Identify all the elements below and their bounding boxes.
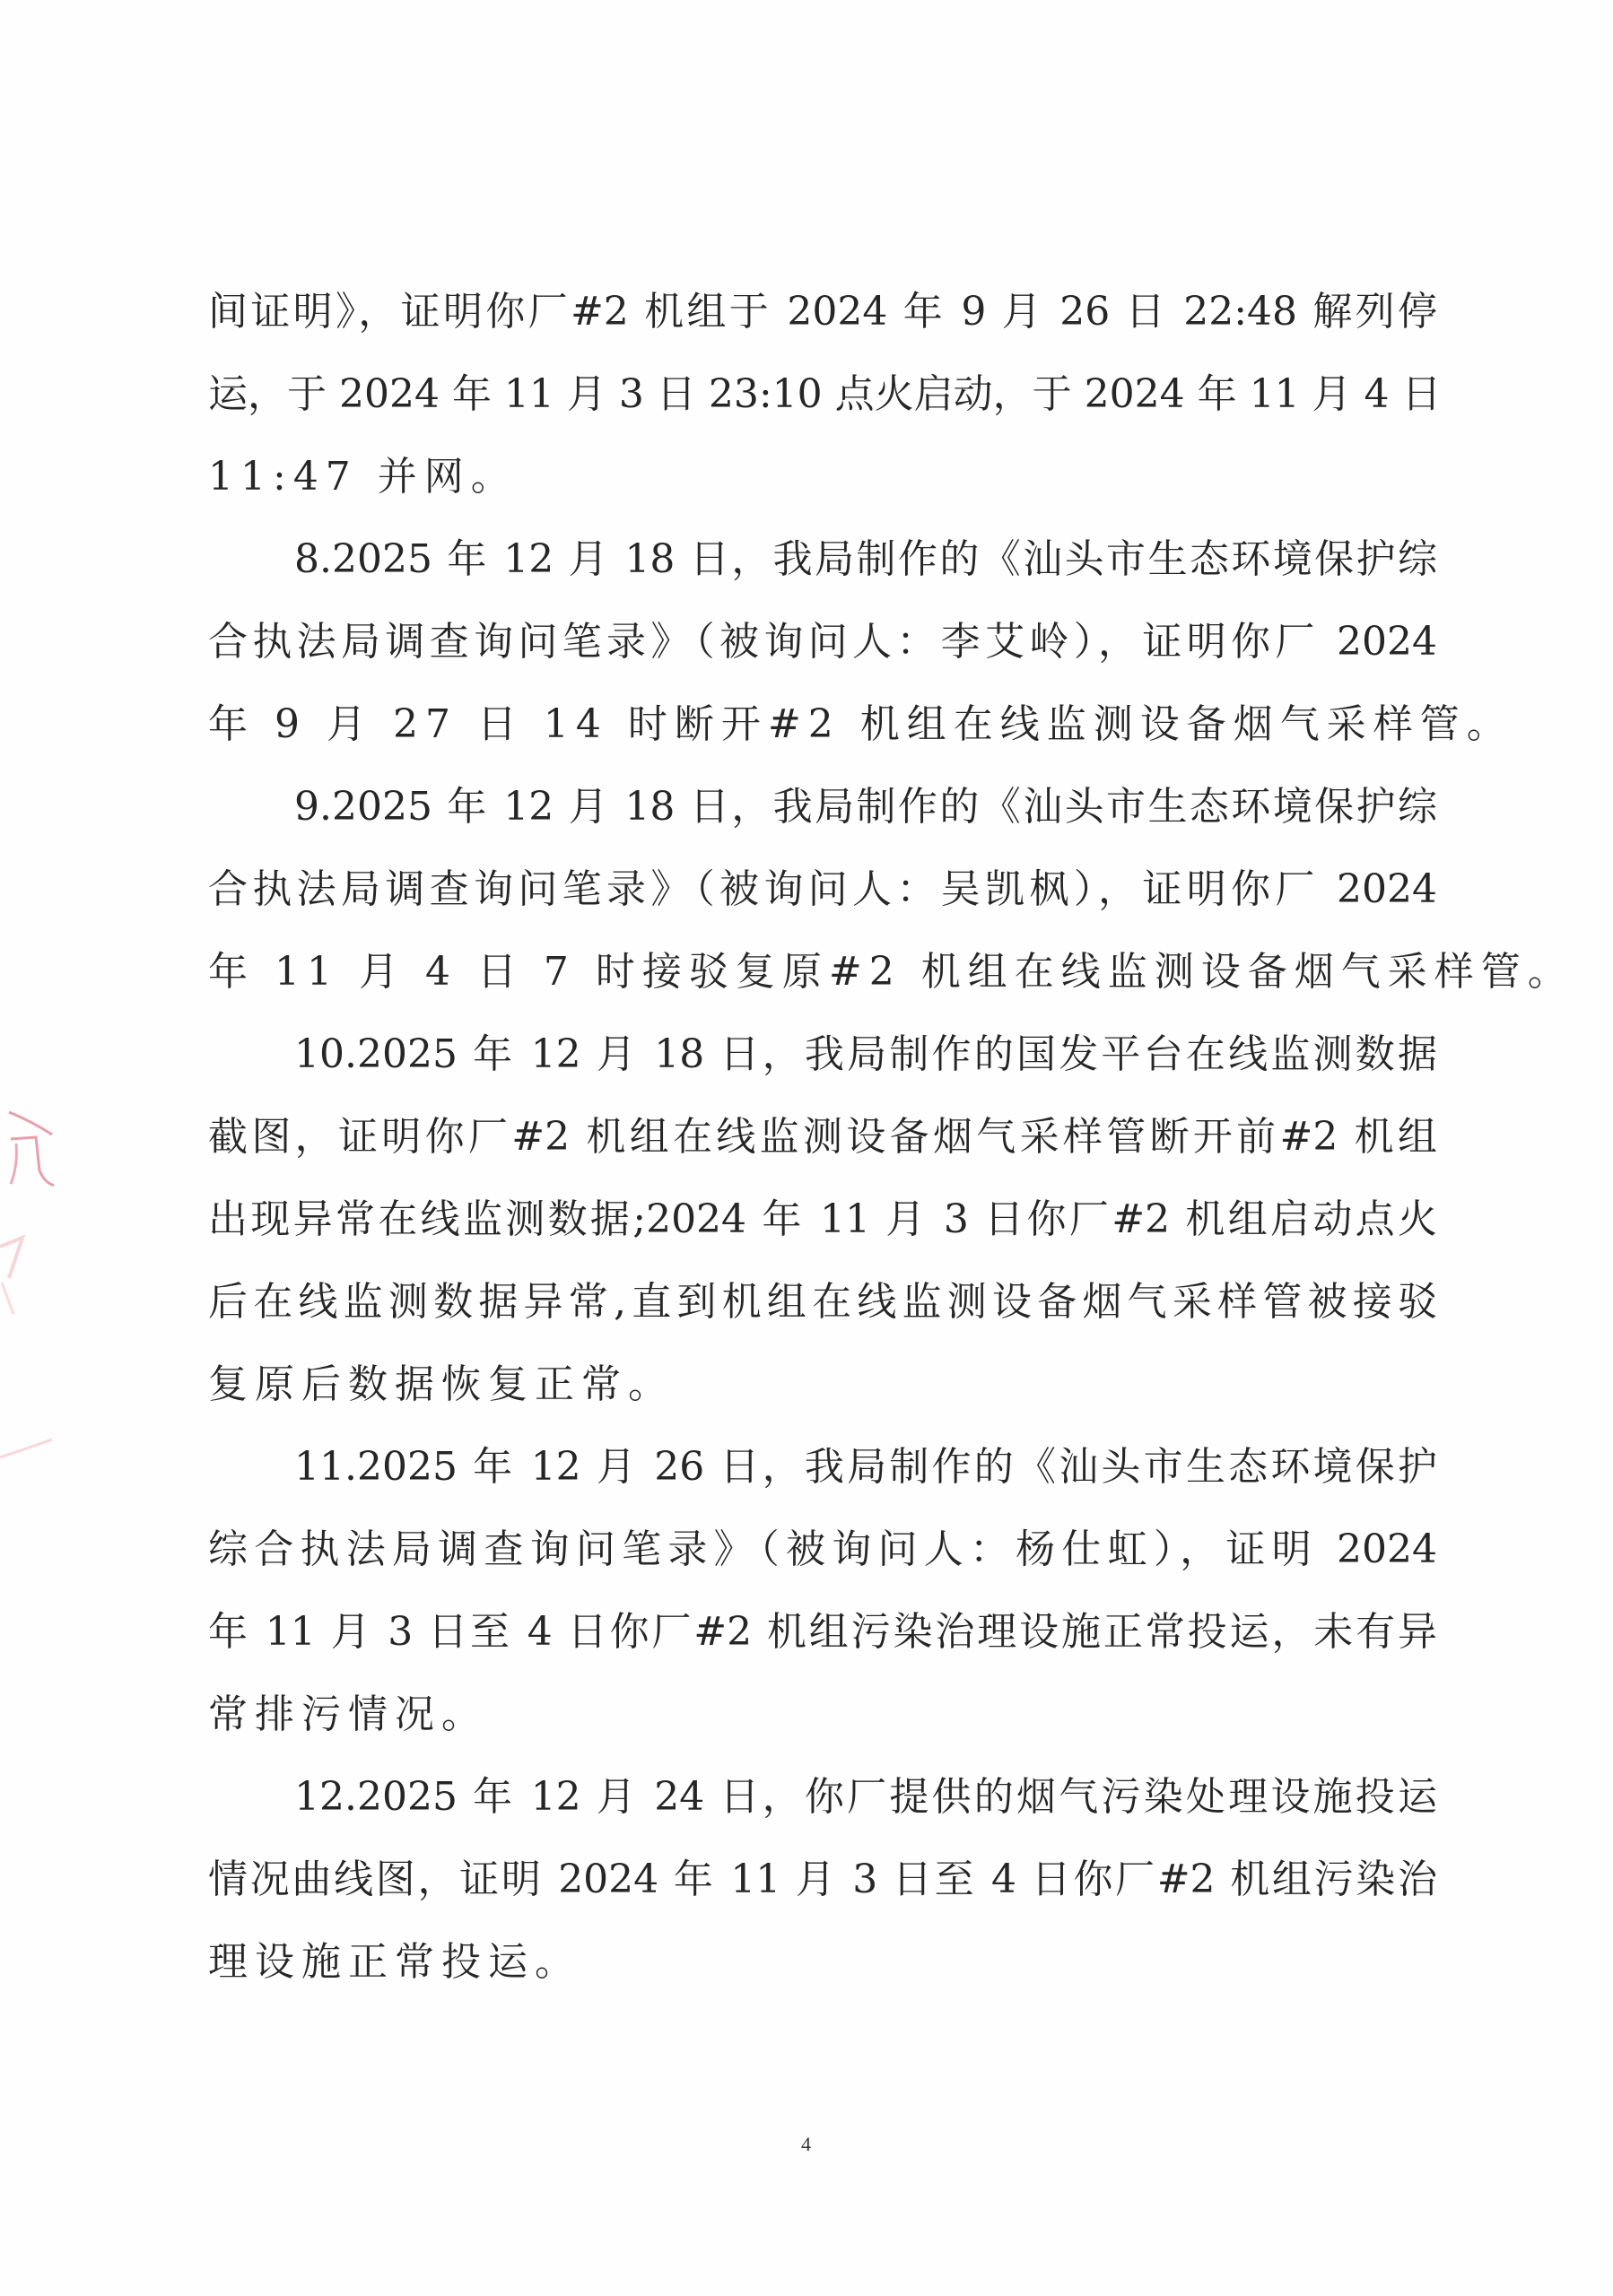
paragraph-item-11: 11.2025 年 12 月 26 日，我局制作的《汕头市生态环境保护 综合执法… xyxy=(208,1440,1437,1770)
text-line: 合执法局调查询问笔录》（被询问人：李艾岭），证明你厂 2024 xyxy=(208,615,1437,698)
text-line: 综合执法局调查询问笔录》（被询问人：杨仕虹），证明 2024 xyxy=(208,1523,1437,1605)
paragraph-item-10: 10.2025 年 12 月 18 日，我局制作的国发平台在线监测数据 截图，证… xyxy=(208,1028,1437,1440)
text-line: 情况曲线图，证明 2024 年 11 月 3 日至 4 日你厂#2 机组污染治 xyxy=(208,1853,1437,1935)
text-line: 出现异常在线监测数据;2024 年 11 月 3 日你厂#2 机组启动点火 xyxy=(208,1193,1437,1275)
paragraph-item-12: 12.2025 年 12 月 24 日，你厂提供的烟气污染处理设施投运 情况曲线… xyxy=(208,1770,1437,2018)
document-page: 间证明》，证明你厂#2 机组于 2024 年 9 月 26 日 22:48 解列… xyxy=(0,0,1613,2296)
text-line: 间证明》，证明你厂#2 机组于 2024 年 9 月 26 日 22:48 解列… xyxy=(208,285,1437,368)
text-line: 12.2025 年 12 月 24 日，你厂提供的烟气污染处理设施投运 xyxy=(208,1770,1437,1853)
text-line: 年 11 月 3 日至 4 日你厂#2 机组污染治理设施正常投运，未有异 xyxy=(208,1605,1437,1688)
text-line: 11:47 并网。 xyxy=(208,450,1437,533)
text-line: 10.2025 年 12 月 18 日，我局制作的国发平台在线监测数据 xyxy=(208,1028,1437,1110)
text-line: 复原后数据恢复正常。 xyxy=(208,1358,1437,1440)
text-line: 理设施正常投运。 xyxy=(208,1935,1437,2018)
text-line: 9.2025 年 12 月 18 日，我局制作的《汕头市生态环境保护综 xyxy=(208,780,1437,863)
paragraph-item-7-continuation: 间证明》，证明你厂#2 机组于 2024 年 9 月 26 日 22:48 解列… xyxy=(208,285,1437,533)
text-line: 年 11 月 4 日 7 时接驳复原#2 机组在线监测设备烟气采样管。 xyxy=(208,945,1437,1028)
red-seal-stamp-icon xyxy=(0,1103,54,1480)
text-line: 年 9 月 27 日 14 时断开#2 机组在线监测设备烟气采样管。 xyxy=(208,698,1437,780)
paragraph-item-9: 9.2025 年 12 月 18 日，我局制作的《汕头市生态环境保护综 合执法局… xyxy=(208,780,1437,1028)
text-line: 运，于 2024 年 11 月 3 日 23:10 点火启动，于 2024 年 … xyxy=(208,368,1437,450)
text-line: 截图，证明你厂#2 机组在线监测设备烟气采样管断开前#2 机组 xyxy=(208,1110,1437,1193)
text-line: 合执法局调查询问笔录》（被询问人：吴凯枫），证明你厂 2024 xyxy=(208,863,1437,945)
document-body: 间证明》，证明你厂#2 机组于 2024 年 9 月 26 日 22:48 解列… xyxy=(208,285,1437,2018)
paragraph-item-8: 8.2025 年 12 月 18 日，我局制作的《汕头市生态环境保护综 合执法局… xyxy=(208,533,1437,780)
text-line: 后在线监测数据异常,直到机组在线监测设备烟气采样管被接驳 xyxy=(208,1275,1437,1358)
text-line: 常排污情况。 xyxy=(208,1688,1437,1770)
text-line: 11.2025 年 12 月 26 日，我局制作的《汕头市生态环境保护 xyxy=(208,1440,1437,1523)
page-number: 4 xyxy=(801,2133,811,2156)
text-line: 8.2025 年 12 月 18 日，我局制作的《汕头市生态环境保护综 xyxy=(208,533,1437,615)
